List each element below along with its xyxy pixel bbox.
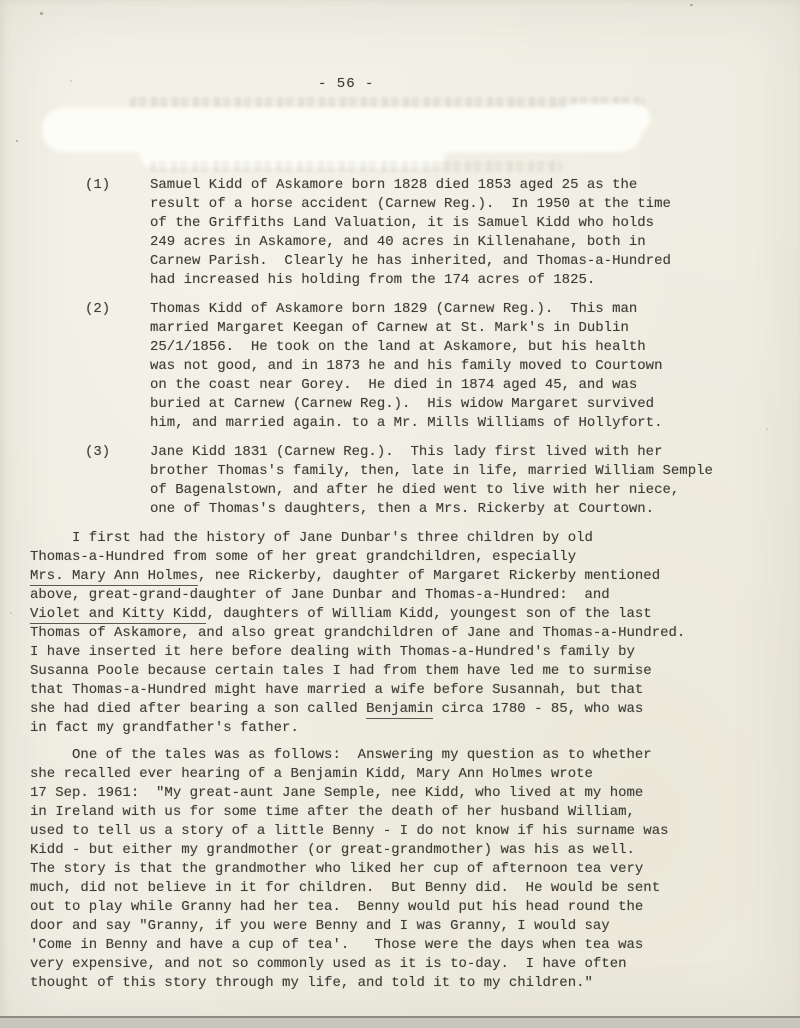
paragraph-marker: (1) (85, 176, 150, 290)
underlined-phrase: Mrs. Mary Ann Holmes (30, 568, 198, 586)
paragraph-history-sources: I first had the history of Jane Dunbar's… (0, 529, 800, 738)
typed-line: The story is that the grandmother who li… (30, 860, 800, 879)
typed-line: I first had the history of Jane Dunbar's… (30, 529, 800, 548)
typed-line: in Ireland with us for some time after t… (30, 803, 800, 822)
paragraph-marker: (3) (85, 443, 150, 519)
paragraph-marker: (2) (85, 300, 150, 433)
typed-line: brother Thomas's family, then, late in l… (150, 462, 713, 481)
typed-line: Kidd - but either my grandmother (or gre… (30, 841, 800, 860)
paragraph-1-samuel-kidd: (1)Samuel Kidd of Askamore born 1828 die… (0, 176, 800, 290)
typed-line: of Bagenalstown, and after he died went … (150, 481, 713, 500)
paper-speck (690, 4, 693, 6)
paragraph-text: Thomas Kidd of Askamore born 1829 (Carne… (150, 300, 662, 433)
typed-line: very expensive, and not so commonly used… (30, 955, 800, 974)
page-number: - 56 - (318, 76, 374, 92)
paragraph-text: I first had the history of Jane Dunbar's… (0, 529, 800, 738)
underlined-phrase: Violet and Kitty Kidd (30, 606, 206, 624)
typed-line: on the coast near Gorey. He died in 1874… (150, 376, 662, 395)
typed-line: Jane Kidd 1831 (Carnew Reg.). This lady … (150, 443, 713, 462)
paragraph-2-thomas-kidd: (2)Thomas Kidd of Askamore born 1829 (Ca… (0, 300, 800, 433)
typed-line: out to play while Granny had her tea. Be… (30, 898, 800, 917)
typed-line: Violet and Kitty Kidd, daughters of Will… (30, 605, 800, 624)
typed-line: Carnew Parish. Clearly he has inherited,… (150, 252, 671, 271)
typed-line: much, did not believe in it for children… (30, 879, 800, 898)
typed-line: married Margaret Keegan of Carnew at St.… (150, 319, 662, 338)
typed-line: Thomas Kidd of Askamore born 1829 (Carne… (150, 300, 662, 319)
typed-line: she recalled ever hearing of a Benjamin … (30, 765, 800, 784)
faded-erased-text-bottom (150, 161, 562, 172)
typed-line: him, and married again. to a Mr. Mills W… (150, 414, 662, 433)
typed-line: Susanna Poole because certain tales I ha… (30, 662, 800, 681)
typed-line: I have inserted it here before dealing w… (30, 643, 800, 662)
typed-line: had increased his holding from the 174 a… (150, 271, 671, 290)
typed-line: 25/1/1856. He took on the land at Askamo… (150, 338, 662, 357)
document-page: - 56 - (1)Samuel Kidd of Askamore born 1… (0, 0, 800, 1028)
paper-speck (10, 612, 12, 614)
typed-line: 17 Sep. 1961: "My great-aunt Jane Semple… (30, 784, 800, 803)
typed-line: used to tell us a story of a little Benn… (30, 822, 800, 841)
typed-line: that Thomas-a-Hundred might have married… (30, 681, 800, 700)
typed-line: Thomas-a-Hundred from some of her great … (30, 548, 800, 567)
paper-speck (40, 12, 43, 15)
paper-speck (70, 80, 72, 82)
paper-speck (766, 428, 768, 430)
paragraph-text: Jane Kidd 1831 (Carnew Reg.). This lady … (150, 443, 713, 519)
typed-line: above, great-grand-daughter of Jane Dunb… (30, 586, 800, 605)
paragraph-benny-tale: One of the tales was as follows: Answeri… (0, 746, 800, 993)
typed-line: Mrs. Mary Ann Holmes, nee Rickerby, daug… (30, 567, 800, 586)
typed-line: in fact my grandfather's father. (30, 719, 800, 738)
typed-line: One of the tales was as follows: Answeri… (30, 746, 800, 765)
typed-line: was not good, and in 1873 he and his fam… (150, 357, 662, 376)
typed-line: 'Come in Benny and have a cup of tea'. T… (30, 936, 800, 955)
text-body: (1)Samuel Kidd of Askamore born 1828 die… (0, 176, 800, 1001)
typed-line: 249 acres in Askamore, and 40 acres in K… (150, 233, 671, 252)
paper-speck (16, 140, 18, 142)
typed-line: Thomas of Askamore, and also great grand… (30, 624, 800, 643)
scan-bottom-shadow (0, 1018, 800, 1028)
typed-line: one of Thomas's daughters, then a Mrs. R… (150, 500, 713, 519)
typed-line: result of a horse accident (Carnew Reg.)… (150, 195, 671, 214)
typed-line: of the Griffiths Land Valuation, it is S… (150, 214, 671, 233)
paragraph-text: One of the tales was as follows: Answeri… (0, 746, 800, 993)
paragraph-3-jane-kidd: (3)Jane Kidd 1831 (Carnew Reg.). This la… (0, 443, 800, 519)
typed-line: thought of this story through my life, a… (30, 974, 800, 993)
paragraph-text: Samuel Kidd of Askamore born 1828 died 1… (150, 176, 671, 290)
typed-line: buried at Carnew (Carnew Reg.). His wido… (150, 395, 662, 414)
typed-line: door and say "Granny, if you were Benny … (30, 917, 800, 936)
underlined-phrase: Benjamin (366, 701, 433, 719)
typed-line: Samuel Kidd of Askamore born 1828 died 1… (150, 176, 671, 195)
typed-line: she had died after bearing a son called … (30, 700, 800, 719)
